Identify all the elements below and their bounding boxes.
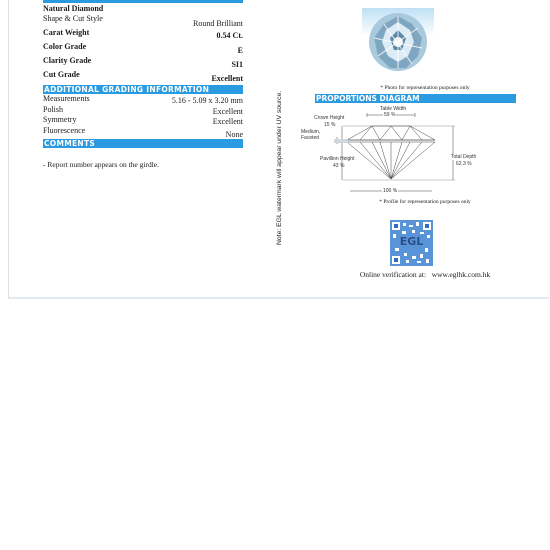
additional-row-measurements: Measurements 5.16 - 5.09 x 3.20 mm bbox=[43, 94, 243, 105]
grading-row-shape: Shape & Cut Style Round Brilliant bbox=[43, 14, 243, 28]
verify-label: Online verification at: bbox=[360, 270, 426, 279]
verify-url-link[interactable]: www.eglhk.com.hk bbox=[432, 270, 490, 279]
proportions-diagram-header: PROPORTIONS DIAGRAM bbox=[315, 94, 516, 103]
grading-row-clarity: Clarity Grade SI1 bbox=[43, 56, 243, 70]
additional-row-fluorescence: Fluorescence None bbox=[43, 126, 243, 139]
diamond-photo-icon bbox=[362, 8, 434, 78]
online-verification: Online verification at: www.eglhk.com.hk bbox=[300, 270, 550, 279]
qr-code[interactable]: EGL bbox=[390, 220, 433, 266]
photo-note: * Photo for representation purposes only bbox=[300, 85, 550, 91]
comment-text: - Report number appears on the girdle. bbox=[43, 160, 243, 169]
grading-row-color: Color Grade E bbox=[43, 42, 243, 56]
comments-header: COMMENTS bbox=[43, 139, 243, 148]
grading-row-carat: Carat Weight 0.54 Ct. bbox=[43, 28, 243, 42]
additional-row-polish: Polish Excellent bbox=[43, 105, 243, 116]
watermark-note: Note: EGL watermark will appear under UV… bbox=[276, 91, 283, 245]
qr-label: EGL bbox=[390, 235, 433, 248]
additional-grading-header: ADDITIONAL GRADING INFORMATION bbox=[43, 85, 243, 94]
grading-report: Natural Diamond Shape & Cut Style Round … bbox=[43, 4, 243, 169]
proportions-diagram: Table Width 59 % Crown Height 15 % Mediu… bbox=[310, 104, 510, 194]
top-header-bar bbox=[43, 0, 243, 3]
additional-row-symmetry: Symmetry Excellent bbox=[43, 115, 243, 126]
profile-note: * Profile for representation purposes on… bbox=[300, 199, 550, 205]
natural-diamond-heading: Natural Diamond bbox=[43, 4, 243, 14]
grading-row-cut: Cut Grade Excellent bbox=[43, 70, 243, 84]
